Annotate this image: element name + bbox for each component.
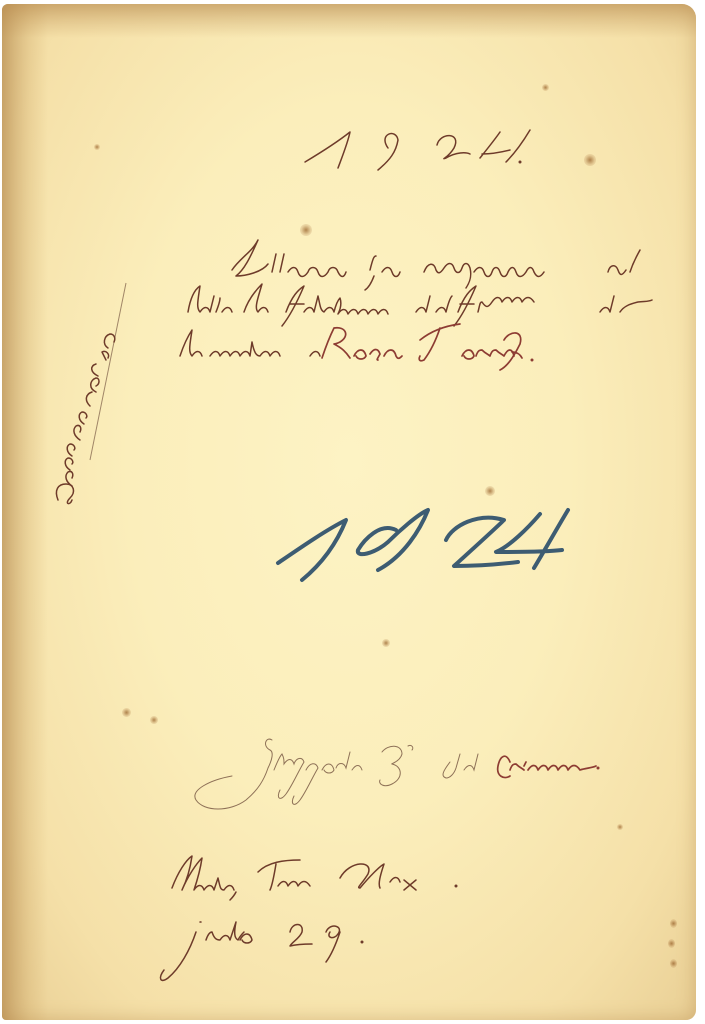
- date-ink: [0, 0, 705, 1024]
